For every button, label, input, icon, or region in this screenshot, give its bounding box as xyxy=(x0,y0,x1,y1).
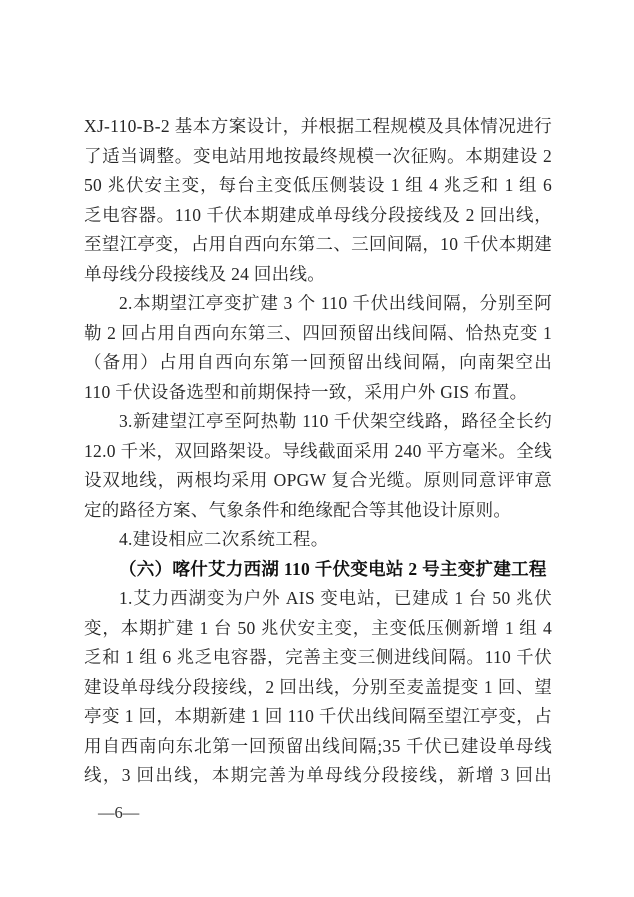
text-line: XJ-110-B-2 基本方案设计，并根据工程规模及具体情况进行 xyxy=(84,112,552,142)
text-line: 4.建设相应二次系统工程。 xyxy=(84,525,552,555)
paragraph: XJ-110-B-2 基本方案设计，并根据工程规模及具体情况进行 了适当调整。变… xyxy=(84,112,552,289)
text-line: 用自西南向东北第一回预留出线间隔;35 千伏已建设单母线接 xyxy=(84,732,552,762)
text-line: 设双地线，两根均采用 OPGW 复合光缆。原则同意评审意见中确 xyxy=(84,466,552,496)
paragraph: 1.艾力西湖变为户外 AIS 变电站，已建成 1 台 50 兆伏安主 变，本期扩… xyxy=(84,584,552,791)
text-line: 至望江亭变，占用自西向东第二、三回间隔，10 千伏本期建成 xyxy=(84,230,552,260)
paragraph: 3.新建望江亭至阿热勒 110 千伏架空线路，路径全长约 12.0 千米，双回路… xyxy=(84,407,552,525)
text-line: （备用）占用自西向东第一回预留出线间隔，向南架空出线。 xyxy=(84,348,552,378)
text-line: 变，本期扩建 1 台 50 兆伏安主变，主变低压侧新增 1 组 4 兆 xyxy=(84,614,552,644)
paragraph: 2.本期望江亭变扩建 3 个 110 千伏出线间隔，分别至阿热 勒 2 回占用自… xyxy=(84,289,552,407)
document-page: XJ-110-B-2 基本方案设计，并根据工程规模及具体情况进行 了适当调整。变… xyxy=(0,0,634,897)
text-line: 线，3 回出线，本期完善为单母线分段接线，新增 3 回出线； xyxy=(84,761,552,791)
text-line: 乏电容器。110 千伏本期建成单母线分段接线及 2 回出线，均 xyxy=(84,201,552,231)
text-line: 亭变 1 回，本期新建 1 回 110 千伏出线间隔至望江亭变，占 xyxy=(84,702,552,732)
text-line: 勒 2 回占用自西向东第三、四回预留出线间隔、恰热克变 1 回 xyxy=(84,319,552,349)
text-line: 1.艾力西湖变为户外 AIS 变电站，已建成 1 台 50 兆伏安主 xyxy=(84,584,552,614)
document-text-block: XJ-110-B-2 基本方案设计，并根据工程规模及具体情况进行 了适当调整。变… xyxy=(84,112,552,791)
section-heading: （六）喀什艾力西湖 110 千伏变电站 2 号主变扩建工程 xyxy=(84,555,552,585)
text-line: 单母线分段接线及 24 回出线。 xyxy=(84,260,552,290)
text-line: 乏和 1 组 6 兆乏电容器，完善主变三侧进线间隔。110 千伏已 xyxy=(84,643,552,673)
text-line: 50 兆伏安主变，每台主变低压侧装设 1 组 4 兆乏和 1 组 6 兆 xyxy=(84,171,552,201)
text-line: 建设单母线分段接线，2 回出线，分别至麦盖提变 1 回、望江 xyxy=(84,673,552,703)
paragraph: 4.建设相应二次系统工程。 xyxy=(84,525,552,555)
text-line: 2.本期望江亭变扩建 3 个 110 千伏出线间隔，分别至阿热 xyxy=(84,289,552,319)
text-line: 定的路径方案、气象条件和绝缘配合等其他设计原则。 xyxy=(84,496,552,526)
text-line: 了适当调整。变电站用地按最终规模一次征购。本期建设 2 台 xyxy=(84,142,552,172)
paragraph: （六）喀什艾力西湖 110 千伏变电站 2 号主变扩建工程 xyxy=(84,555,552,585)
page-number: —6— xyxy=(98,803,139,823)
text-line: 12.0 千米，双回路架设。导线截面采用 240 平方毫米。全线架 xyxy=(84,437,552,467)
text-line: 3.新建望江亭至阿热勒 110 千伏架空线路，路径全长约 xyxy=(84,407,552,437)
text-line: 110 千伏设备选型和前期保持一致，采用户外 GIS 布置。 xyxy=(84,378,552,408)
